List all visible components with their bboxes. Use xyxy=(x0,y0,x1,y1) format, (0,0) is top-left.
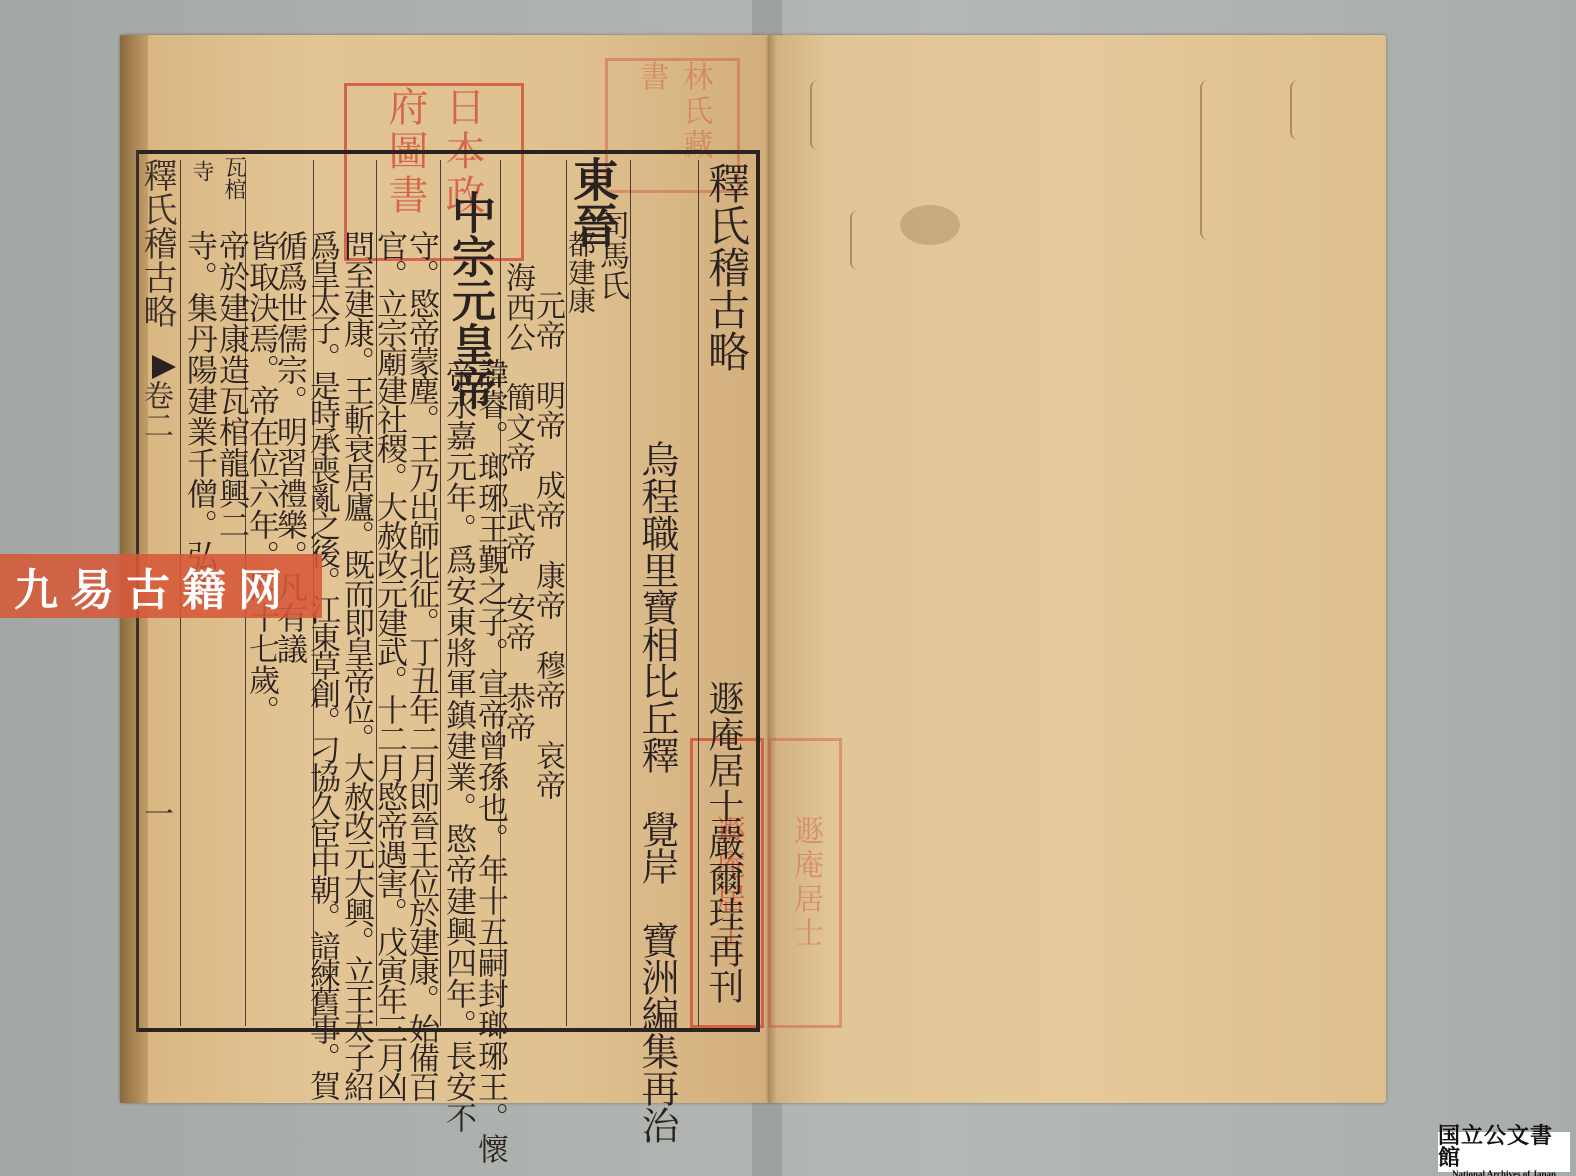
body-column-1: 諱睿。瑯琊王覲之子。宣帝曾孫也。年十五嗣封瑯琊王。懷 xyxy=(474,358,505,1164)
note-column-2: 寺。集丹陽建業千僧。弘明 xyxy=(183,230,214,602)
compiler-line: 烏程職里寶相比丘釋 覺岸 寶洲編集再治 xyxy=(638,440,676,1143)
body-column-6: 爲皇太子。是時承喪亂之後。江東草創。刁協久宦中朝。諳練舊事。賀 xyxy=(306,230,337,1098)
book-title: 釋氏稽古略 xyxy=(705,162,747,372)
archive-logo-japanese: 国立公文書館 xyxy=(1438,1125,1570,1169)
dynasty-capital: 都建康 xyxy=(566,230,594,314)
body-column-4: 官。立宗廟建社稷。大赦改元建武。十二月愍帝遇害。戊寅年三月凶 xyxy=(373,230,404,1100)
reprinter-line: 遯庵居士嚴爾珪再刊 xyxy=(705,680,741,1004)
emperor-list-row-1: 元帝 明帝 成帝 康帝 穆帝 哀帝 xyxy=(532,290,562,800)
column-rule xyxy=(630,160,631,1026)
column-rule xyxy=(698,160,699,1026)
watermark-banner: 九易古籍网 xyxy=(0,554,322,618)
body-column-8: 皆取決焉。帝在位六年。四十七歲。 xyxy=(245,230,276,726)
dynasty-family: 司馬氏 xyxy=(596,210,626,300)
margin-book-title: 釋氏稽古略 xyxy=(140,158,174,328)
margin-page-number: 一 xyxy=(140,798,170,828)
note-heading: 瓦棺 xyxy=(222,156,244,200)
right-page-blank xyxy=(768,35,1386,1103)
body-column-2: 帝永嘉元年。爲安東將軍鎮建業。愍帝建興四年。長安不 xyxy=(442,358,473,1133)
paper-crack xyxy=(1290,80,1322,140)
body-column-3: 守。愍帝蒙塵。王乃出師北征。丁丑年二月即晉王位於建康。始備百 xyxy=(405,230,436,1100)
note-heading-2: 寺 xyxy=(190,160,212,182)
paper-crack xyxy=(850,210,922,270)
archive-logo: 国立公文書館 National Archives of Japan xyxy=(1438,1132,1570,1172)
seal-offset-imprint: 遯庵居士 xyxy=(768,738,842,1028)
note-column-1: 帝於建康造瓦棺龍興二 xyxy=(215,230,246,540)
paper-crack xyxy=(810,80,832,150)
body-column-5: 問至建康。王斬衰居廬。既而即皇帝位。大赦改元大興。立王太子紹 xyxy=(340,230,371,1100)
archive-logo-english: National Archives of Japan xyxy=(1452,1169,1556,1176)
margin-volume: 卷二 xyxy=(140,380,170,440)
paper-crack xyxy=(1200,80,1222,240)
